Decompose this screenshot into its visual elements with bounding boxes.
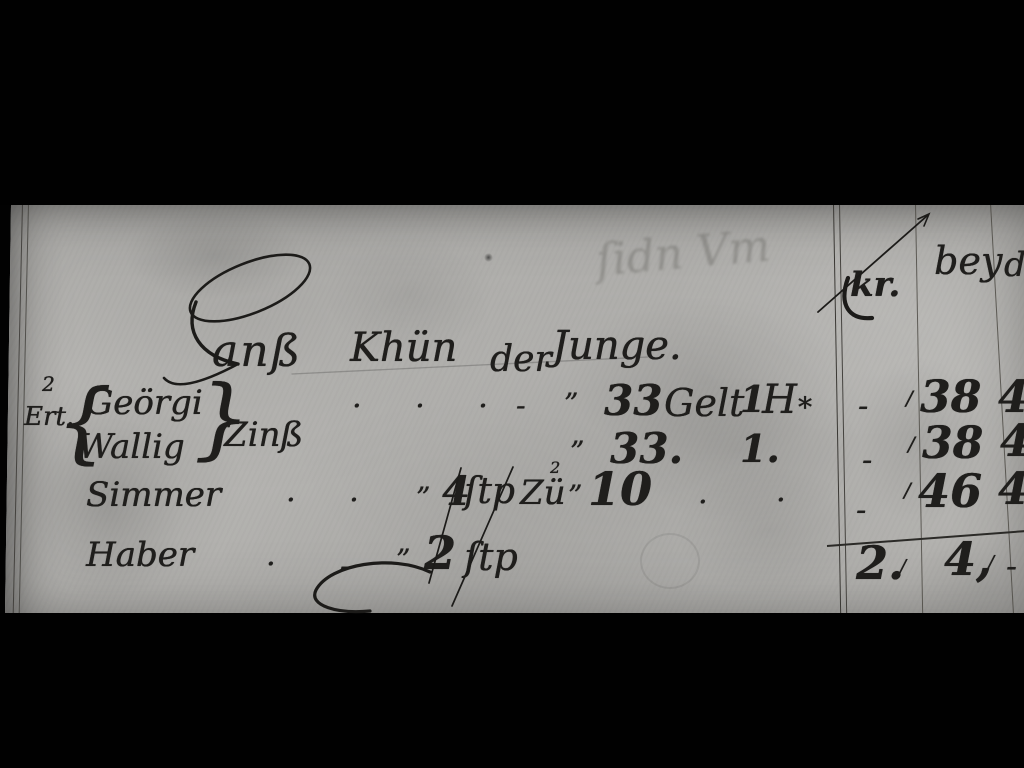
row3-col1-dash: - <box>856 496 866 526</box>
ruled-line-kr-column <box>833 203 847 617</box>
row1-d-value: 4 <box>998 376 1024 420</box>
row3-label: Simmer <box>86 478 221 512</box>
row3-dot4: · <box>776 486 786 516</box>
letterbox-top <box>0 0 1024 205</box>
corner-shadow <box>4 205 84 305</box>
row4-value: 2 <box>424 530 456 576</box>
row1-leader-dots: · · · <box>352 392 488 422</box>
row4-dot: · <box>266 550 276 580</box>
stain <box>124 210 304 300</box>
total-col3: - <box>1006 550 1017 582</box>
row2-label: Wallig <box>78 430 185 464</box>
row4-label: Haber <box>86 538 194 572</box>
row3-dot3: · <box>698 488 708 518</box>
row1-unit: Gelt <box>664 384 744 422</box>
row2-tick: / <box>908 434 915 454</box>
row3-d-value: 4 <box>998 468 1024 512</box>
row3-ditto1: ” <box>416 484 430 512</box>
letterbox-bottom <box>0 613 1024 768</box>
page-title-der: der <box>490 342 552 378</box>
row3-value2: 10 <box>588 466 652 512</box>
page-title-junge: Junge. <box>552 326 682 366</box>
row3-leader-dots: · · <box>286 486 359 516</box>
margin-flourish: 2 <box>42 374 55 394</box>
row3-zu: Zü <box>520 476 566 510</box>
row3-superscript: 2 <box>550 460 560 476</box>
total-tick1: / <box>900 558 906 576</box>
row1-dash: - <box>516 392 525 420</box>
row2-ditto: ” <box>570 438 584 466</box>
group-label-zins: Zinß <box>224 418 303 452</box>
column-header-d: d <box>1004 248 1024 282</box>
ink-speck <box>484 253 493 262</box>
row1-label: Geörgi <box>86 386 203 420</box>
manuscript-photo: ſidn Vm kr. bey d anß Khün der Junge. 2 … <box>0 0 1024 768</box>
row1-sub-unit: H <box>762 380 797 420</box>
row2-kr-value: 38 <box>922 422 983 466</box>
row1-col1-dash: - <box>858 392 868 422</box>
row4-measure: ſtp <box>464 538 518 576</box>
row3-kr-value: 46 <box>918 468 982 514</box>
row2-col1-dash: - <box>862 446 872 476</box>
row4-ditto: ” <box>396 546 410 574</box>
column-header-kr: kr. <box>850 268 900 302</box>
row1-tick: / <box>906 388 913 408</box>
row3-ditto2: ” <box>568 482 582 510</box>
row1-ditto: ” <box>564 390 578 418</box>
row1-value: 33 <box>604 380 662 422</box>
row2-d-value: 4 <box>1000 420 1024 464</box>
row3-tick: / <box>904 480 911 500</box>
column-header-mid: bey <box>934 242 1002 280</box>
page-title-khun: Khün <box>350 328 457 368</box>
total-col2: 4, <box>944 536 992 582</box>
row1-flourish-mark: * <box>798 394 812 422</box>
total-tick2: / <box>988 554 994 572</box>
row3-measure: ſtp <box>464 474 515 510</box>
stain-ring <box>640 533 700 589</box>
row2-sub-value: 1. <box>740 430 780 468</box>
total-col1: 2. <box>856 540 904 586</box>
row1-kr-value: 38 <box>920 376 981 420</box>
row4-dash: - <box>340 552 350 582</box>
